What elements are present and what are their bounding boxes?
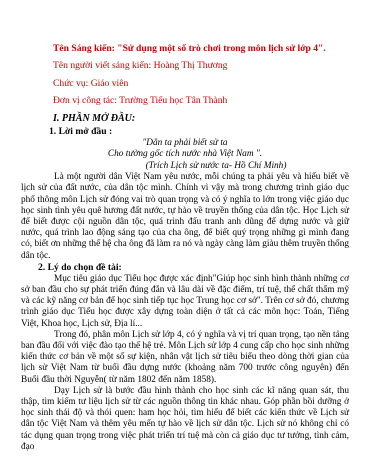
initiative-header-block: Tên Sáng kiến: "Sử dụng một số trò chơi … bbox=[53, 40, 349, 110]
sub-heading-reason: 2. Lý do chọn đề tài: bbox=[38, 262, 349, 274]
paragraph-history-subject: Trong đó, phân môn Lịch sử lớp 4, có ý n… bbox=[21, 330, 349, 386]
paragraph-goal: Mục tiêu giáo dục Tiểu học được xác định… bbox=[21, 274, 349, 330]
initiative-author-line: Tên người viết sáng kiến: Hoàng Thị Thươ… bbox=[53, 57, 349, 74]
section-heading-part-1: I. PHẦN MỞ ĐẦU: bbox=[53, 112, 349, 125]
document-page: Tên Sáng kiến: "Sử dụng một số trò chơi … bbox=[0, 0, 366, 473]
initiative-position-line: Chức vụ: Giáo viên bbox=[53, 75, 349, 92]
initiative-unit-line: Đơn vị công tác: Trường Tiểu học Tân Thà… bbox=[53, 92, 349, 109]
initiative-title-line: Tên Sáng kiến: "Sử dụng một số trò chơi … bbox=[53, 40, 349, 57]
poem-quote-line-2: Cho tường gốc tích nước nhà Việt Nam ". bbox=[21, 149, 349, 161]
poem-quote-citation: (Trích Lịch sử nước ta- Hồ Chí Minh) bbox=[21, 161, 349, 173]
poem-quote-line-1: "Dân ta phải biết sử ta bbox=[21, 138, 349, 150]
paragraph-intro: Là một người dân Việt Nam yêu nước, mỗi … bbox=[21, 172, 349, 262]
sub-heading-opening-words: 1. Lời mở đầu : bbox=[49, 125, 349, 138]
paragraph-teaching-history: Dạy Lịch sử là bước đầu hình thành cho h… bbox=[21, 386, 349, 453]
poem-quote-block: "Dân ta phải biết sử ta Cho tường gốc tí… bbox=[21, 138, 349, 173]
